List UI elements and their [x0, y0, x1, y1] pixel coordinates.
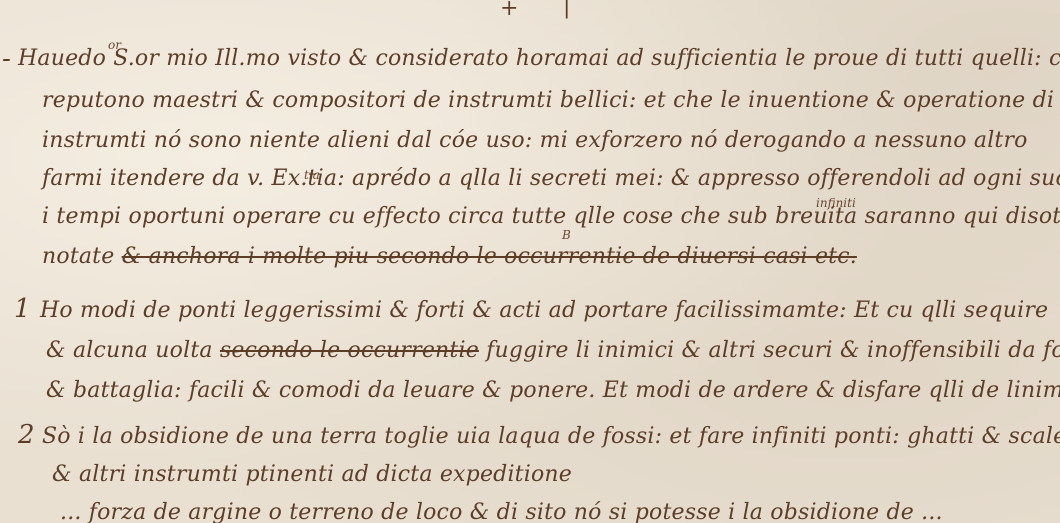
manuscript-line-5: i tempi oportuni operare cu effecto circ… [42, 204, 1060, 229]
manuscript-line-7: Ho modi de ponti leggerissimi & forti & … [40, 298, 1048, 323]
manuscript-line-3: instrumti nó sono niente alieni dal cóe … [42, 128, 1028, 153]
line-8-text: & alcuna uolta [46, 338, 213, 363]
manuscript-line-8: & alcuna uolta secondo le occurrentie fu… [46, 338, 1060, 363]
struck-text: secondo le occurrentie [220, 338, 479, 363]
margin-number-2: 2 [18, 420, 35, 450]
manuscript-line-10: Sò i la obsidione de una terra toglie ui… [42, 424, 1060, 449]
line-8-rest: fuggire li inimici & altri securi & inof… [486, 338, 1060, 363]
line-6-text: notate [42, 244, 114, 269]
top-stroke-mark: | [563, 0, 570, 19]
margin-number-1: 1 [14, 294, 31, 324]
cross-mark: + [500, 0, 518, 21]
manuscript-line-12: ... forza de argine o terreno de loco & … [60, 500, 943, 523]
manuscript-line-1: Hauedo S.or mio Ill.mo visto & considera… [18, 46, 1060, 71]
manuscript-line-9: & battaglia: facili & comodi da leuare &… [46, 378, 1060, 403]
struck-text: & anchora i molte piu secondo le occurre… [122, 244, 857, 269]
manuscript-page: + | - or tia infiniti B Hauedo S.or mio … [0, 0, 1060, 523]
manuscript-line-6: notate & anchora i molte piu secondo le … [42, 244, 857, 269]
manuscript-line-2: reputono maestri & compositori de instru… [42, 88, 1060, 113]
interlinear-b: B [562, 228, 571, 242]
manuscript-line-11: & altri instrumti ptinenti ad dicta expe… [52, 462, 572, 487]
manuscript-line-4: farmi itendere da v. Ex.tia: aprédo a ql… [42, 166, 1060, 191]
margin-dash: - [2, 44, 11, 74]
